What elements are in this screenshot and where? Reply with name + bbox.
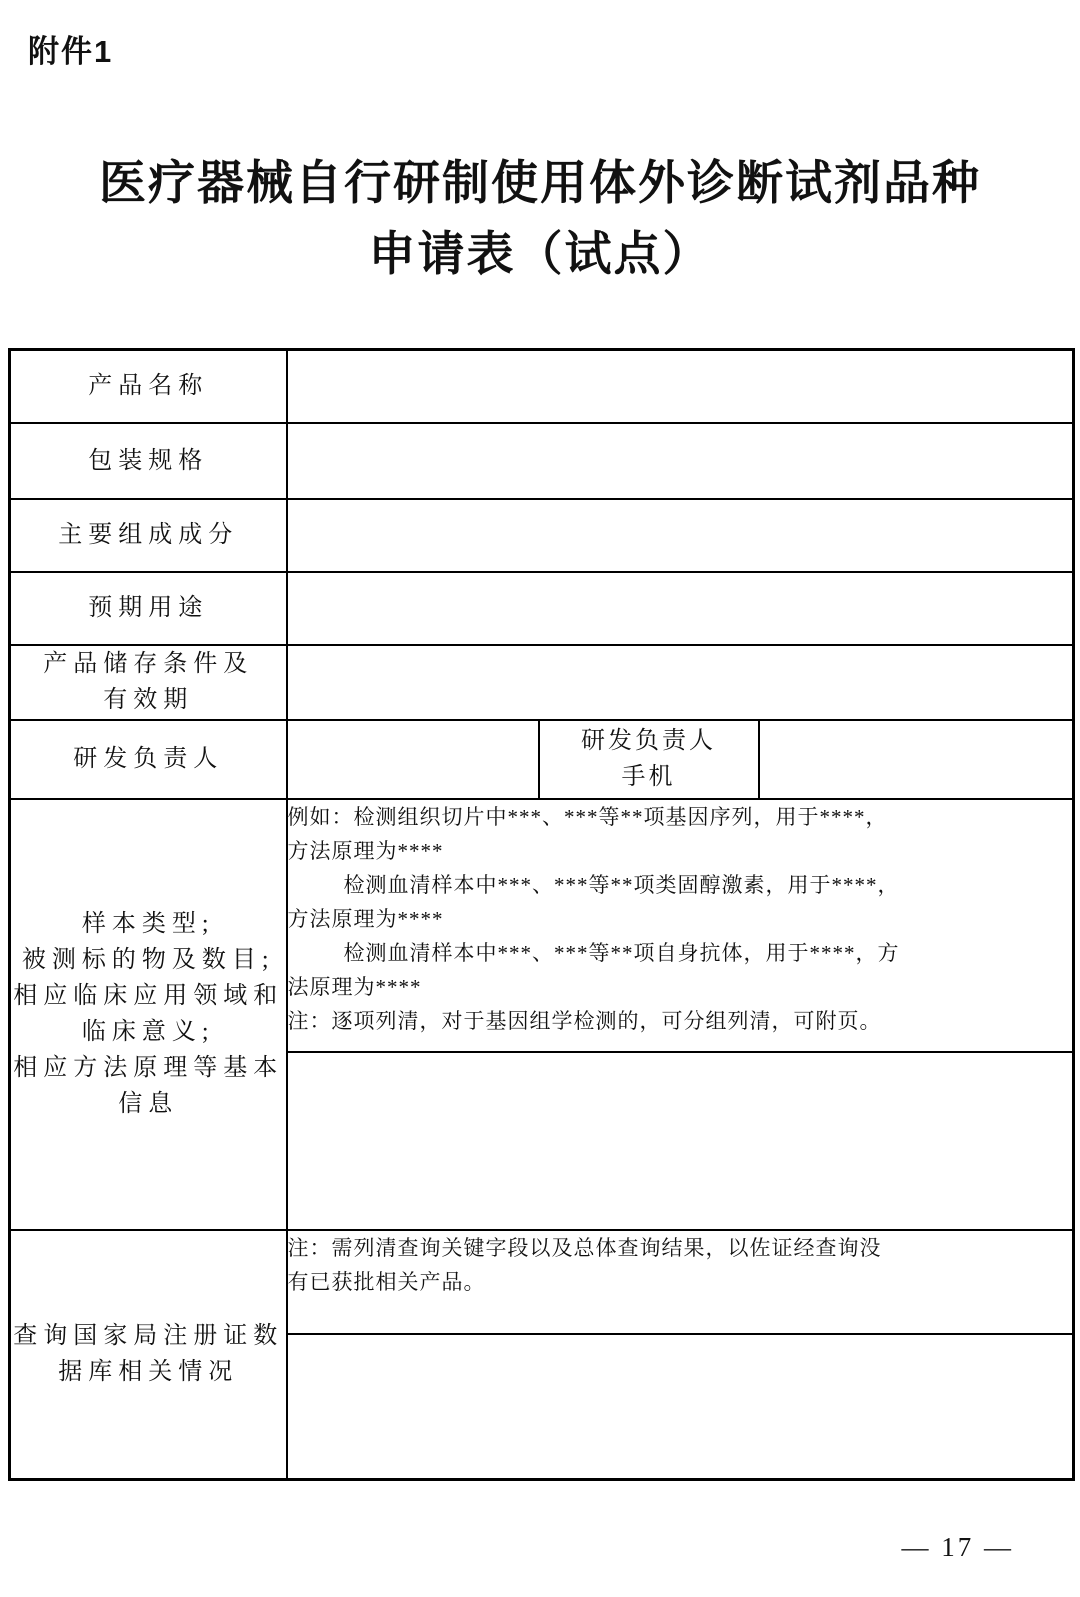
table-row: 产品名称 [10,350,1074,423]
example-line: 注：逐项列清，对于基因组学检测的，可分组列清，可附页。 [288,1004,1073,1038]
field-note-registry-query: 注：需列清查询关键字段以及总体查询结果，以佐证经查询没 有已获批相关产品。 [287,1230,1074,1334]
page-number: — 17 — [902,1532,1015,1563]
example-line: 方法原理为**** [288,902,1073,936]
example-line: 例如：检测组织切片中***、***等**项基因序列，用于****， [288,800,1073,834]
field-label-storage-validity: 产品储存条件及 有效期 [10,645,287,720]
field-label-intended-use: 预期用途 [10,572,287,645]
field-label-rd-lead: 研发负责人 [10,720,287,799]
example-line: 方法原理为**** [288,834,1073,868]
table-row: 研发负责人 研发负责人 手机 [10,720,1074,799]
table-row: 包装规格 [10,423,1074,499]
field-example-sample-info: 例如：检测组织切片中***、***等**项基因序列，用于****， 方法原理为*… [287,799,1074,1052]
field-value-storage-validity [287,645,1074,720]
field-value-package-spec [287,423,1074,499]
example-line: 法原理为**** [288,970,1073,1004]
field-value-main-components [287,499,1074,572]
application-form-table: 产品名称 包装规格 主要组成成分 预期用途 产品储存条件及 有效期 研发负责人 … [8,348,1075,1481]
field-label-sample-info: 样本类型; 被测标的物及数目; 相应临床应用领域和 临床意义; 相应方法原理等基… [10,799,287,1230]
note-line: 有已获批相关产品。 [288,1265,1073,1299]
field-value-intended-use [287,572,1074,645]
field-value-rd-lead [287,720,539,799]
table-row: 样本类型; 被测标的物及数目; 相应临床应用领域和 临床意义; 相应方法原理等基… [10,799,1074,1052]
field-value-sample-info [287,1052,1074,1230]
note-line: 注：需列清查询关键字段以及总体查询结果，以佐证经查询没 [288,1231,1073,1265]
table-row: 查询国家局注册证数 据库相关情况 注：需列清查询关键字段以及总体查询结果，以佐证… [10,1230,1074,1334]
page-title: 医疗器械自行研制使用体外诊断试剂品种 申请表（试点） [0,148,1080,289]
field-label-rd-lead-phone: 研发负责人 手机 [539,720,759,799]
attachment-label: 附件1 [28,26,113,71]
field-label-main-components: 主要组成成分 [10,499,287,572]
field-value-product-name [287,350,1074,423]
field-label-registry-query: 查询国家局注册证数 据库相关情况 [10,1230,287,1480]
field-value-registry-query [287,1334,1074,1480]
table-row: 预期用途 [10,572,1074,645]
field-label-product-name: 产品名称 [10,350,287,423]
field-value-rd-lead-phone [759,720,1074,799]
example-line: 检测血清样本中***、***等**项自身抗体，用于****，方 [288,936,1073,970]
table-row: 产品储存条件及 有效期 [10,645,1074,720]
field-label-package-spec: 包装规格 [10,423,287,499]
table-row: 主要组成成分 [10,499,1074,572]
example-line: 检测血清样本中***、***等**项类固醇激素，用于****， [288,868,1073,902]
